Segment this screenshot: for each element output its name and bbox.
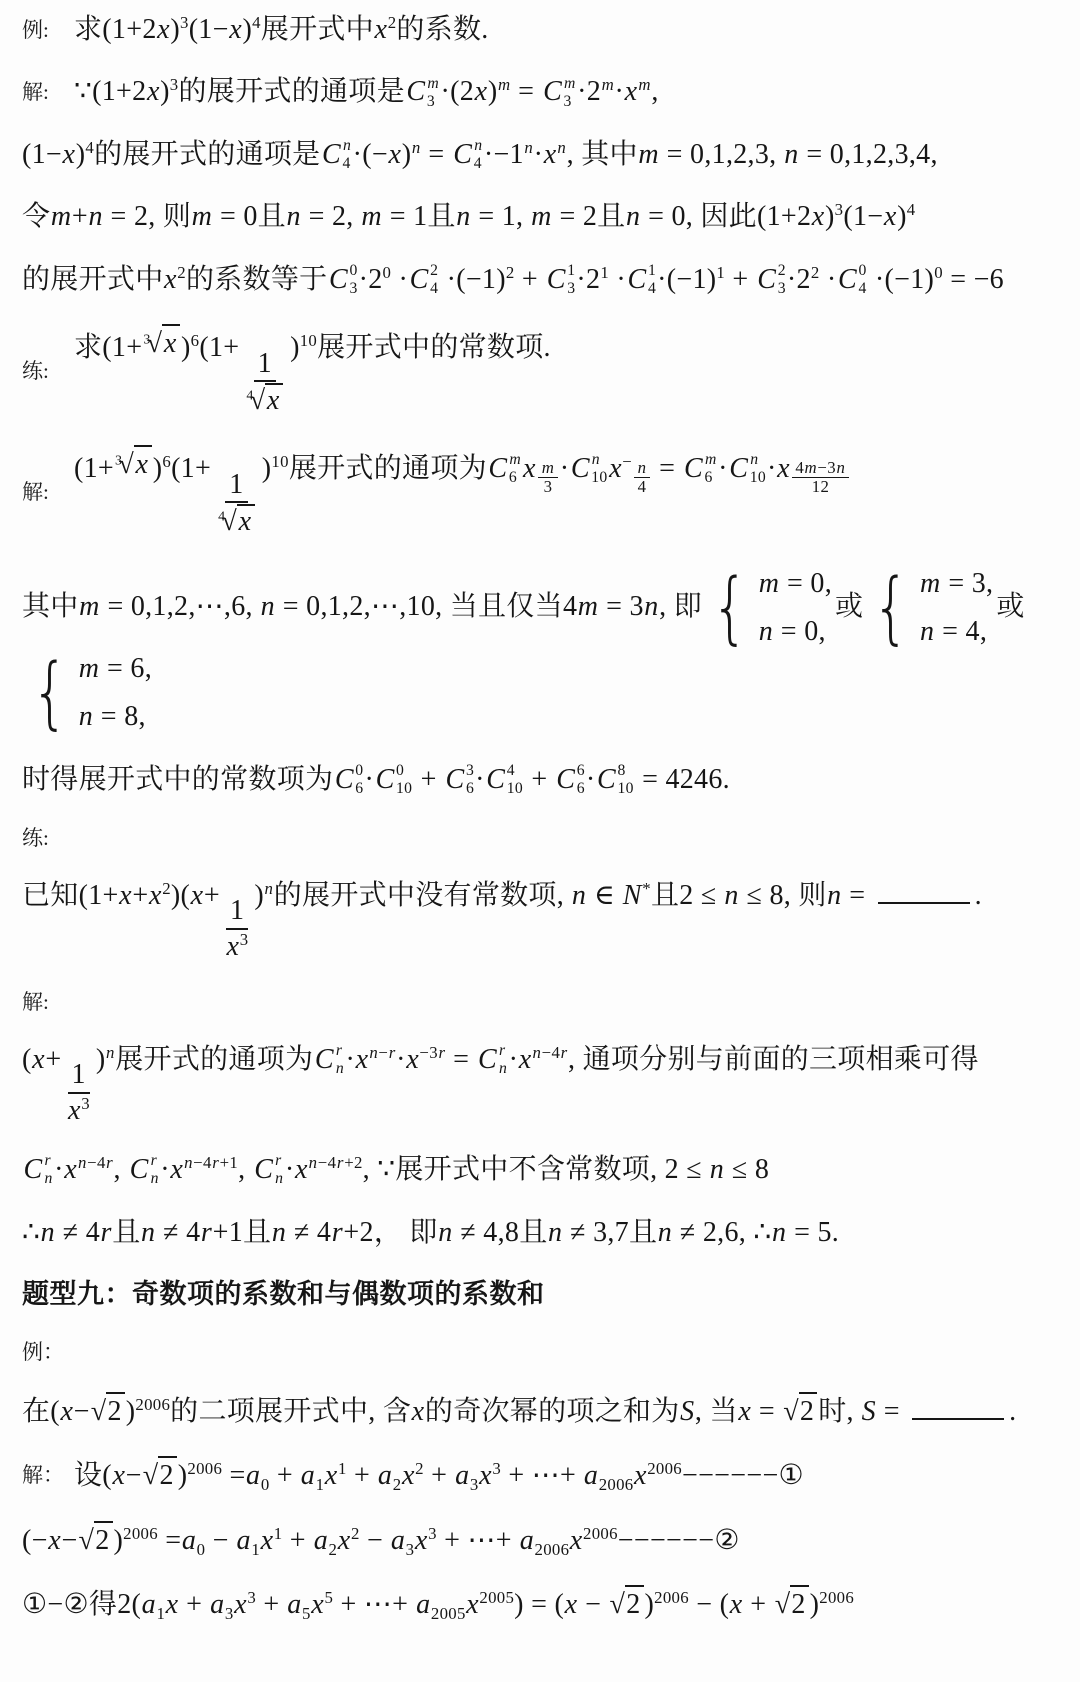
radical: √2 [610,1585,644,1623]
cases-group: {m = 3,n = 4, [866,566,993,651]
doc-line-7: 解:(1+3√x)6(1+14√x)10展开式的通项为Cm6xm3·Cn10x−… [22,445,1054,540]
doc-line-20: (−x−√2)2006 =a0 − a1x1 + a2x2 − a3x3 + ⋯… [22,1521,1054,1559]
binomial-coefficient: Crn [314,1042,344,1078]
binomial-coefficient: Cm6 [488,451,522,487]
binomial-coefficient: Crn [129,1152,159,1188]
answer-blank [878,878,970,904]
radical: √2 [783,1392,817,1430]
doc-line-4: 令m+n = 2, 则m = 0且n = 2, m = 1且n = 1, m =… [22,199,1054,235]
binomial-coefficient: C66 [556,762,585,798]
cases-group: {m = 6,n = 8, [25,651,152,736]
doc-line-16: 题型九：奇数项的系数和与偶数项的系数和 [22,1277,1054,1312]
binomial-coefficient: Cm3 [406,74,440,110]
doc-line-10: 练: [22,824,1054,854]
doc-line-6: 练:求(1+3√x)6(1+14√x)10展开式中的常数项. [22,324,1054,419]
radical: 3√x [143,324,180,362]
line-formula: ∵(1+2x)3的展开式的通项是Cm3·(2x)m = Cm3·2m·xm, [74,74,1054,110]
radical: √2 [79,1521,113,1559]
doc-line-19: 解：设(x−√2)2006 =a0 + a1x1 + a2x2 + a3x3 +… [22,1456,1054,1494]
fraction: 1x3 [222,895,252,962]
doc-line-13: (x+1x3)n展开式的通项为Crn·xn−r·x−3r = Crn·xn−4r… [22,1042,1054,1126]
line-formula: 其中m = 0,1,2,⋯,6, n = 0,1,2,⋯,10, 当且仅当4m … [22,566,1054,736]
line-formula: (1−x)4的展开式的通项是Cn4·(−x)n = Cn4·−1n·xn, 其中… [22,137,1054,173]
binomial-coefficient: Cn10 [570,451,607,487]
line-formula: 时得展开式中的常数项为C06·C010 + C36·C410 + C66·C81… [22,762,1054,798]
radical: √2 [91,1392,125,1430]
binomial-coefficient: C810 [597,762,634,798]
line-label: 例： [22,1339,74,1366]
line-formula: 求(1+3√x)6(1+14√x)10展开式中的常数项. [74,324,1054,419]
binomial-coefficient: C24 [409,262,438,298]
binomial-coefficient: Crn [254,1152,284,1188]
doc-line-18: 在(x−√2)2006的二项展开式中, 含x的奇次幂的项之和为S, 当x = √… [22,1392,1054,1430]
line-formula: 设(x−√2)2006 =a0 + a1x1 + a2x2 + a3x3 + ⋯… [74,1456,1054,1494]
binomial-coefficient: Cn10 [729,451,766,487]
doc-line-8: 其中m = 0,1,2,⋯,6, n = 0,1,2,⋯,10, 当且仅当4m … [22,566,1054,736]
binomial-coefficient: Crn [478,1042,508,1078]
radical: √2 [775,1585,809,1623]
binomial-coefficient: Cm6 [683,451,717,487]
binomial-coefficient: Cn4 [453,137,483,173]
brace: { [31,660,69,727]
binomial-coefficient: C14 [627,262,656,298]
line-label: 练: [22,358,74,385]
doc-line-5: 的展开式中x2的系数等于C03·20 ·C24 ·(−1)2 + C13·21 … [22,262,1054,298]
line-formula: 令m+n = 2, 则m = 0且n = 2, m = 1且n = 1, m =… [22,199,1054,235]
line-formula: (1+3√x)6(1+14√x)10展开式的通项为Cm6xm3·Cn10x−n4… [74,445,1054,540]
doc-line-2: 解:∵(1+2x)3的展开式的通项是Cm3·(2x)m = Cm3·2m·xm, [22,74,1054,110]
line-label: 例: [22,17,74,44]
brace: { [711,575,749,642]
answer-blank [912,1394,1004,1420]
binomial-coefficient: C23 [757,262,786,298]
doc-line-11: 已知(1+x+x2)(x+1x3)n的展开式中没有常数项, n ∈ N*且2 ≤… [22,878,1054,962]
line-label: 解: [22,79,74,106]
doc-line-1: 例:求(1+2x)3(1−x)4展开式中x2的系数. [22,12,1054,48]
line-formula: 在(x−√2)2006的二项展开式中, 含x的奇次幂的项之和为S, 当x = √… [22,1392,1054,1430]
section-heading: 题型九：奇数项的系数和与偶数项的系数和 [22,1277,1054,1312]
line-formula: ∴n ≠ 4r且n ≠ 4r+1且n ≠ 4r+2， 即n ≠ 4,8且n ≠ … [22,1215,1054,1251]
binomial-coefficient: C13 [546,262,575,298]
line-formula: 的展开式中x2的系数等于C03·20 ·C24 ·(−1)2 + C13·21 … [22,262,1054,298]
line-formula: (−x−√2)2006 =a0 − a1x1 + a2x2 − a3x3 + ⋯… [22,1521,1054,1559]
binomial-coefficient: C010 [375,762,412,798]
binomial-coefficient: C36 [445,762,474,798]
brace: { [873,575,911,642]
line-formula: (x+1x3)n展开式的通项为Crn·xn−r·x−3r = Crn·xn−4r… [22,1042,1054,1126]
line-formula: ①−②得2(a1x + a3x3 + a5x5 + ⋯+ a2005x2005)… [22,1585,1054,1623]
doc-line-12: 解: [22,988,1054,1018]
binomial-coefficient: C04 [837,262,866,298]
radical: 3√x [115,445,152,483]
binomial-coefficient: C410 [486,762,523,798]
binomial-coefficient: Cn4 [321,137,351,173]
line-label: 练: [22,825,74,852]
doc-line-21: ①−②得2(a1x + a3x3 + a5x5 + ⋯+ a2005x2005)… [22,1585,1054,1623]
fraction: m3 [538,459,557,495]
line-formula: 求(1+2x)3(1−x)4展开式中x2的系数. [74,12,1054,48]
fraction: n4 [634,459,650,495]
doc-line-15: ∴n ≠ 4r且n ≠ 4r+1且n ≠ 4r+2， 即n ≠ 4,8且n ≠ … [22,1215,1054,1251]
line-formula: Crn·xn−4r, Crn·xn−4r+1, Crn·xn−4r+2, ∵展开… [22,1152,1054,1188]
line-formula: 已知(1+x+x2)(x+1x3)n的展开式中没有常数项, n ∈ N*且2 ≤… [22,878,1054,962]
binomial-coefficient: C03 [328,262,357,298]
radical: 4√x [218,504,255,537]
line-label: 解: [22,989,74,1016]
doc-line-14: Crn·xn−4r, Crn·xn−4r+1, Crn·xn−4r+2, ∵展开… [22,1152,1054,1188]
doc-line-9: 时得展开式中的常数项为C06·C010 + C36·C410 + C66·C81… [22,762,1054,798]
document-page: 例:求(1+2x)3(1−x)4展开式中x2的系数.解:∵(1+2x)3的展开式… [0,0,1080,1682]
binomial-coefficient: Crn [23,1152,53,1188]
line-label: 解： [22,1462,74,1489]
fraction: 14√x [241,348,288,419]
binomial-coefficient: Cm3 [543,74,577,110]
cases-group: {m = 0,n = 0, [705,566,832,651]
line-label: 解: [22,479,74,506]
fraction: 14√x [213,469,260,540]
doc-line-3: (1−x)4的展开式的通项是Cn4·(−x)n = Cn4·−1n·xn, 其中… [22,137,1054,173]
fraction: 4m−3n12 [792,459,848,495]
radical: 4√x [246,383,283,416]
radical: √2 [143,1456,177,1494]
doc-line-17: 例： [22,1338,1054,1368]
binomial-coefficient: C06 [334,762,363,798]
fraction: 1x3 [63,1059,93,1126]
